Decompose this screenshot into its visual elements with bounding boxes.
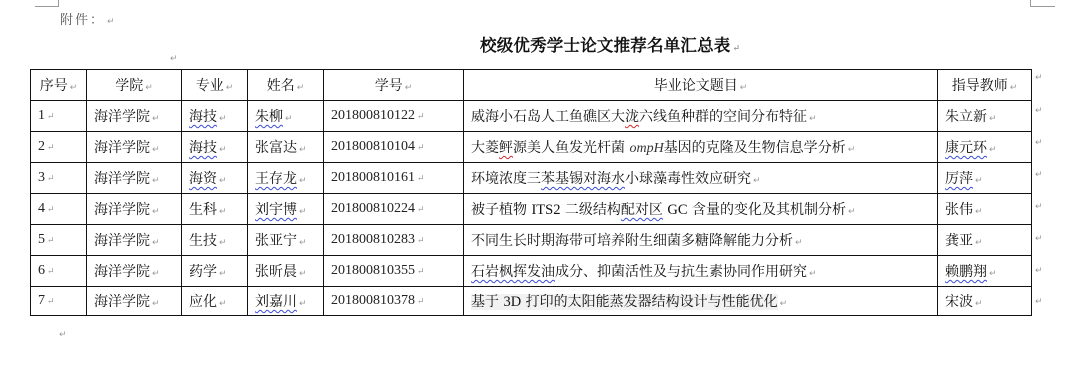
cell-college: 海洋学院↵ [87, 101, 182, 132]
cell-name: 王存龙↵ [248, 163, 324, 194]
cell-name: 张昕晨↵ [248, 256, 324, 287]
cell-major: 海技↵ [182, 132, 248, 163]
header-college: 学院↵ [87, 70, 182, 101]
cell-name: 刘宇博↵ [248, 194, 324, 225]
table-row: 6↵ 海洋学院↵ 药学↵ 张昕晨↵ 201800810355↵ 石岩枫挥发油成分… [31, 256, 1032, 287]
highlighted-text: 基于 3D 打印的太阳能蒸发器结构设计与性能优化 [471, 294, 778, 310]
cell-student-id: 201800810378↵ [324, 287, 464, 316]
cell-student-id: 201800810355↵ [324, 256, 464, 287]
paragraph-mark-icon: ↵ [1035, 297, 1043, 307]
header-major: 专业↵ [182, 70, 248, 101]
cell-major: 药学↵ [182, 256, 248, 287]
cell-college: 海洋学院↵ [87, 256, 182, 287]
table-row: 1↵ 海洋学院↵ 海技↵ 朱柳↵ 201800810122↵ 威海小石岛人工鱼礁… [31, 101, 1032, 132]
cell-major: 生科↵ [182, 194, 248, 225]
page-margin-corner-top-left [35, 0, 59, 7]
cell-thesis-title: 被子植物 ITS2 二级结构配对区 GC 含量的变化及其机制分析↵ [464, 194, 938, 225]
paragraph-mark-icon: ↵ [733, 44, 741, 54]
cell-thesis-title: 基于 3D 打印的太阳能蒸发器结构设计与性能优化↵ [464, 287, 938, 316]
header-name: 姓名↵ [248, 70, 324, 101]
cell-student-id: 201800810283↵ [324, 225, 464, 256]
cell-advisor: 厉萍↵ [938, 163, 1032, 194]
cell-no: 3↵ [31, 163, 87, 194]
paragraph-mark-icon: ↵ [1035, 202, 1043, 212]
cell-college: 海洋学院↵ [87, 163, 182, 194]
cell-thesis-title: 大菱鲆源美人鱼发光杆菌 ompH基因的克隆及生物信息学分析↵ [464, 132, 938, 163]
attachment-label: 附件：↵ [60, 9, 115, 28]
cell-student-id: 201800810104↵ [324, 132, 464, 163]
paragraph-mark-icon: ↵ [107, 17, 115, 27]
table-row: 7↵ 海洋学院↵ 应化↵ 刘嘉川↵ 201800810378↵ 基于 3D 打印… [31, 287, 1032, 316]
cell-student-id: 201800810122↵ [324, 101, 464, 132]
cell-college: 海洋学院↵ [87, 132, 182, 163]
table-row: 3↵ 海洋学院↵ 海资↵ 王存龙↵ 201800810161↵ 环境浓度三苯基锡… [31, 163, 1032, 194]
cell-major: 生技↵ [182, 225, 248, 256]
paragraph-mark-icon: ↵ [170, 54, 178, 64]
table-row: 4↵ 海洋学院↵ 生科↵ 刘宇博↵ 201800810224↵ 被子植物 ITS… [31, 194, 1032, 225]
paragraph-mark-icon: ↵ [59, 330, 67, 340]
header-advisor: 指导教师↵ [938, 70, 1032, 101]
cell-college: 海洋学院↵ [87, 287, 182, 316]
table-header-row: 序号↵ 学院↵ 专业↵ 姓名↵ 学号↵ 毕业论文题目↵ 指导教师↵ [31, 70, 1032, 101]
cell-college: 海洋学院↵ [87, 194, 182, 225]
cell-advisor: 龚亚↵ [938, 225, 1032, 256]
cell-advisor: 朱立新↵ [938, 101, 1032, 132]
cell-major: 海资↵ [182, 163, 248, 194]
cell-thesis-title: 环境浓度三苯基锡对海水小球藻毒性效应研究↵ [464, 163, 938, 194]
table-row: 5↵ 海洋学院↵ 生技↵ 张亚宁↵ 201800810283↵ 不同生长时期海带… [31, 225, 1032, 256]
cell-no: 5↵ [31, 225, 87, 256]
cell-college: 海洋学院↵ [87, 225, 182, 256]
recommendation-table: 序号↵ 学院↵ 专业↵ 姓名↵ 学号↵ 毕业论文题目↵ 指导教师↵ 1↵ 海洋学… [30, 69, 1032, 316]
paragraph-mark-icon: ↵ [1035, 106, 1043, 116]
cell-advisor: 张伟↵ [938, 194, 1032, 225]
cell-advisor: 宋波↵ [938, 287, 1032, 316]
paragraph-mark-icon: ↵ [1035, 138, 1043, 148]
cell-student-id: 201800810224↵ [324, 194, 464, 225]
table-row: 2↵ 海洋学院↵ 海技↵ 张富达↵ 201800810104↵ 大菱鲆源美人鱼发… [31, 132, 1032, 163]
paragraph-mark-icon: ↵ [1035, 73, 1043, 83]
paragraph-mark-icon: ↵ [1035, 234, 1043, 244]
header-thesis-title: 毕业论文题目↵ [464, 70, 938, 101]
cell-name: 刘嘉川↵ [248, 287, 324, 316]
cell-thesis-title: 石岩枫挥发油成分、抑菌活性及与抗生素协同作用研究↵ [464, 256, 938, 287]
header-no: 序号↵ [31, 70, 87, 101]
cell-no: 1↵ [31, 101, 87, 132]
cell-name: 张富达↵ [248, 132, 324, 163]
cell-thesis-title: 不同生长时期海带可培养附生细菌多糖降解能力分析↵ [464, 225, 938, 256]
cell-major: 海技↵ [182, 101, 248, 132]
cell-thesis-title: 威海小石岛人工鱼礁区大泷六线鱼种群的空间分布特征↵ [464, 101, 938, 132]
cell-no: 6↵ [31, 256, 87, 287]
cell-name: 朱柳↵ [248, 101, 324, 132]
cell-student-id: 201800810161↵ [324, 163, 464, 194]
cell-advisor: 康元环↵ [938, 132, 1032, 163]
page-margin-corner-top-right [1030, 0, 1055, 7]
cell-advisor: 赖鹏翔↵ [938, 256, 1032, 287]
cell-no: 7↵ [31, 287, 87, 316]
cell-no: 2↵ [31, 132, 87, 163]
paragraph-mark-icon: ↵ [1035, 266, 1043, 276]
header-student-id: 学号↵ [324, 70, 464, 101]
document-title: 校级优秀学士论文推荐名单汇总表↵ [480, 32, 740, 56]
cell-no: 4↵ [31, 194, 87, 225]
cell-name: 张亚宁↵ [248, 225, 324, 256]
cell-major: 应化↵ [182, 287, 248, 316]
paragraph-mark-icon: ↵ [1035, 170, 1043, 180]
